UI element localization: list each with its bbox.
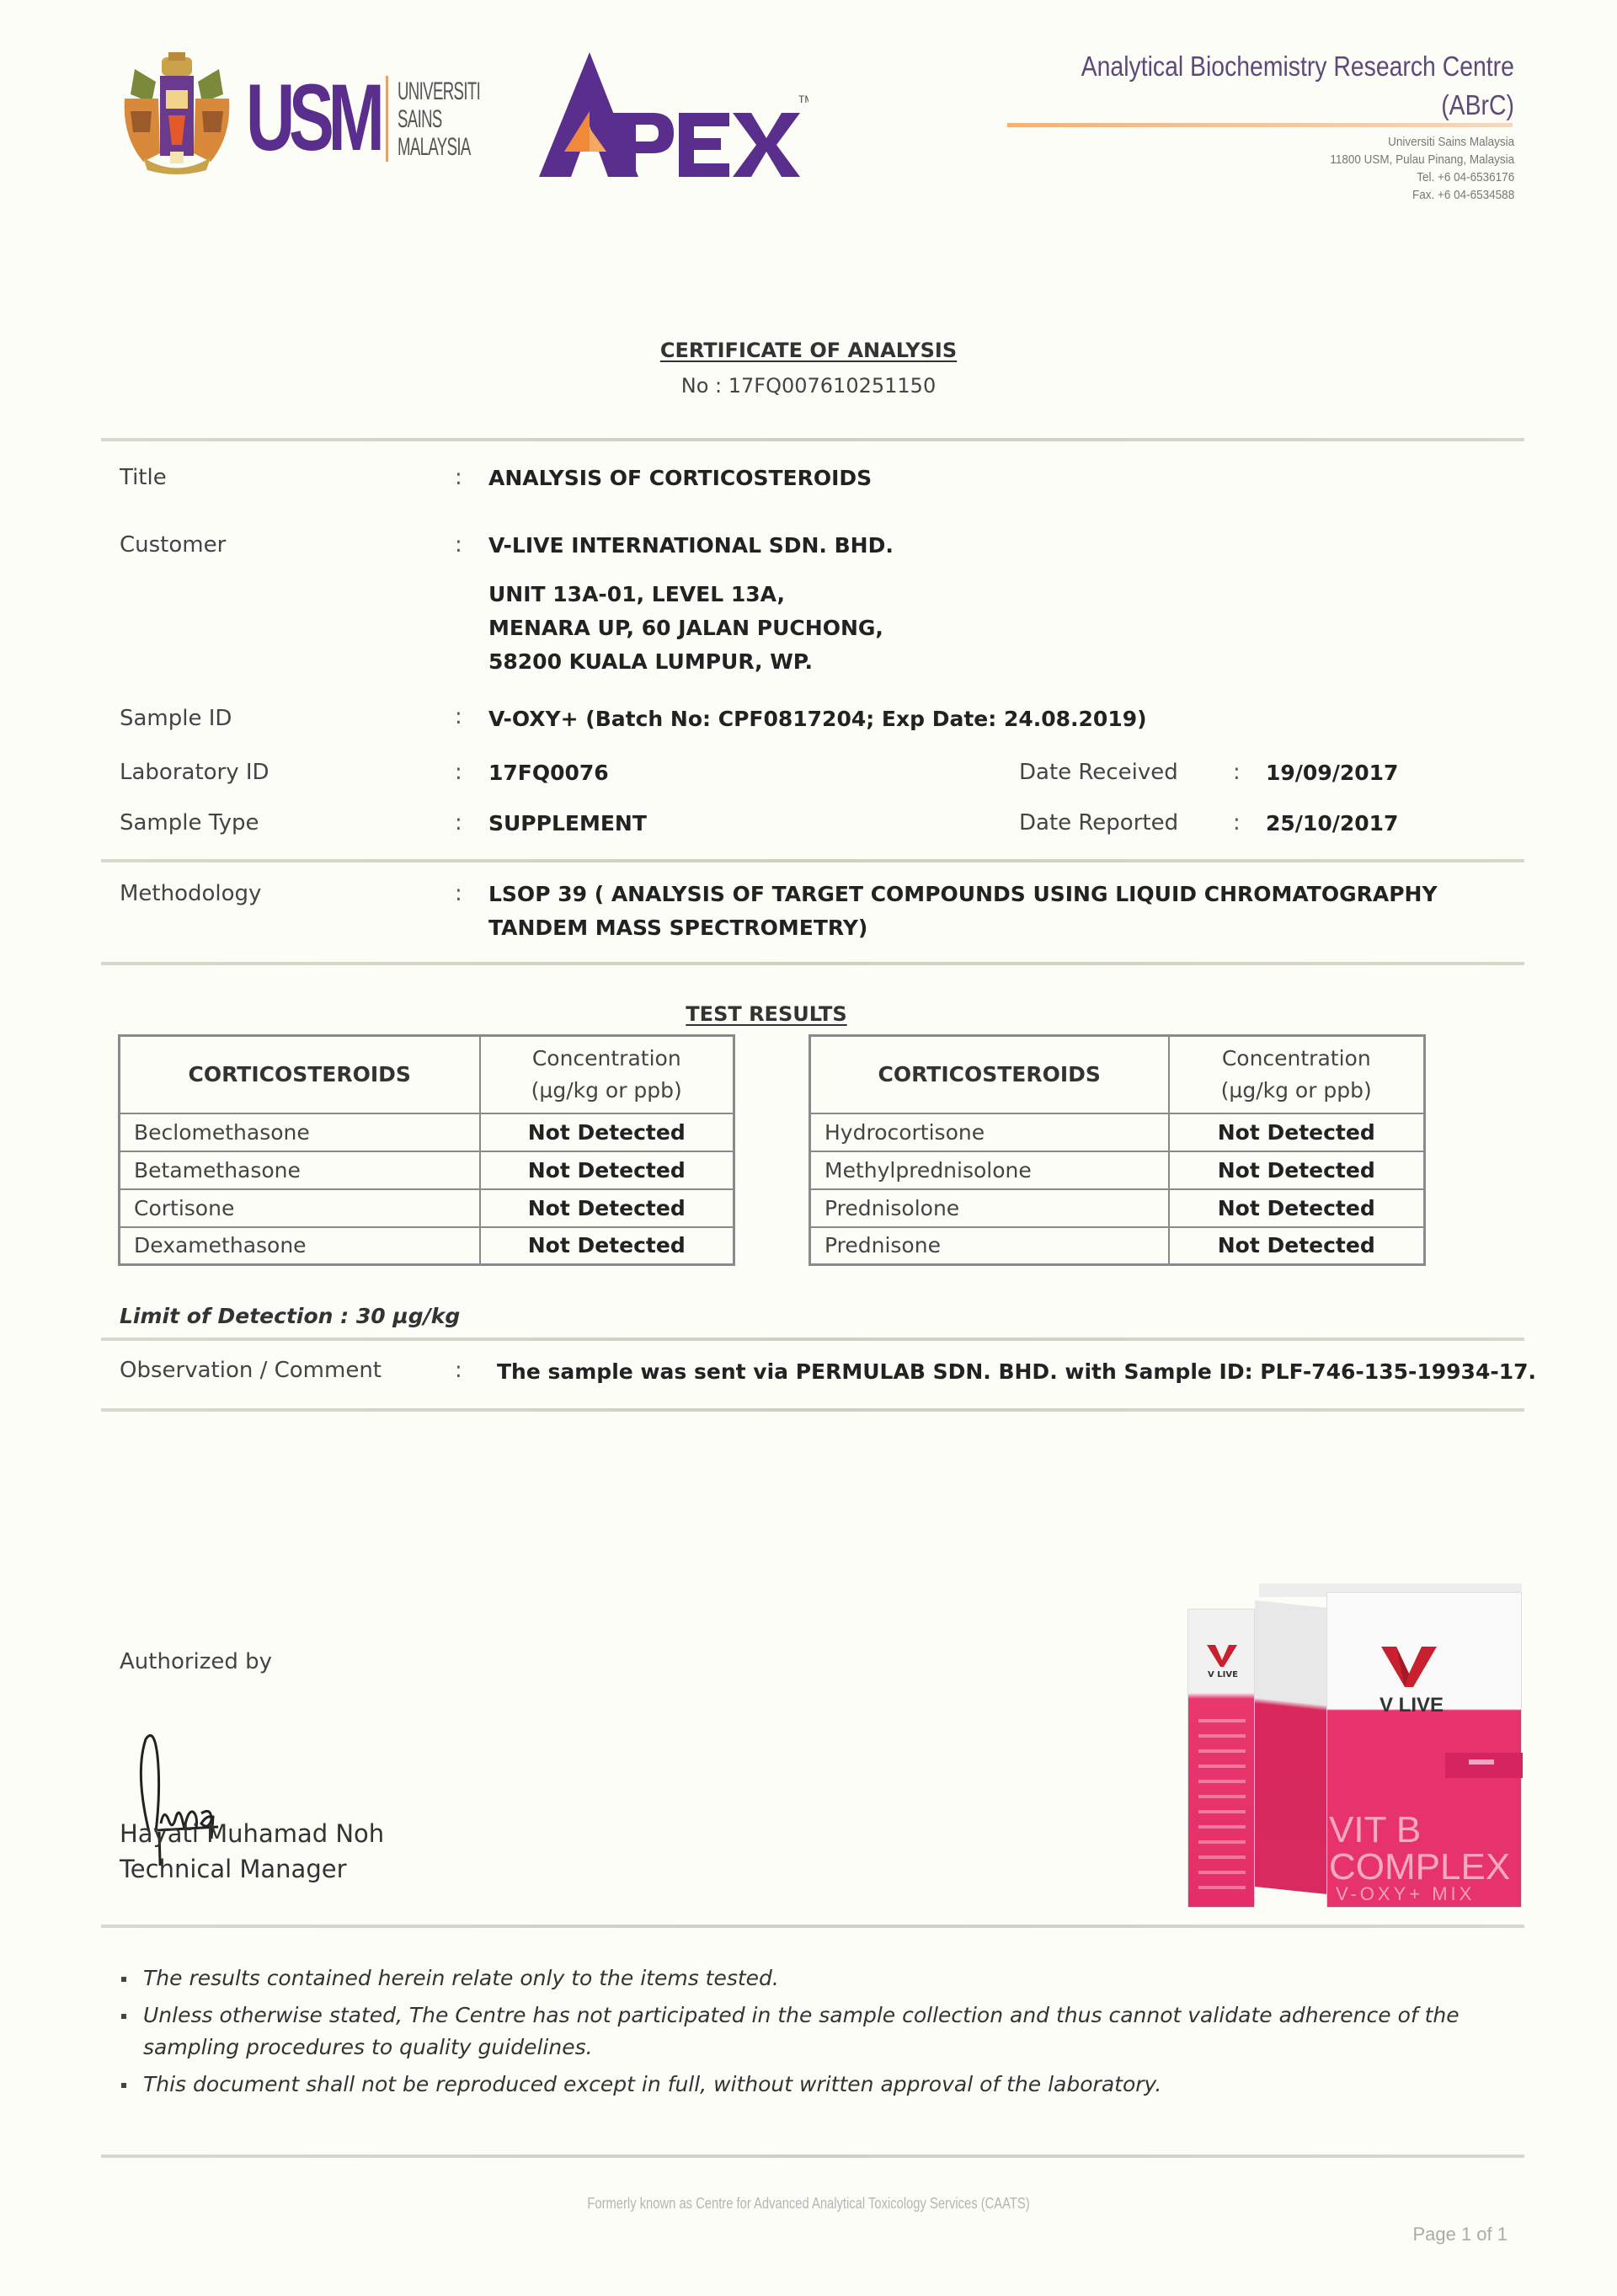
compound-name: Prednisone: [810, 1227, 1169, 1265]
divider: [101, 1408, 1524, 1412]
disclaimer-list: The results contained herein relate only…: [118, 1962, 1533, 2106]
product-box: V LIVE VIT B COMPLEX V-OXY+ MIX: [1326, 1592, 1522, 1908]
table-row: CortisoneNot Detected: [120, 1189, 734, 1227]
divider: [101, 859, 1524, 862]
vlive-logo-icon: [1380, 1643, 1438, 1690]
divider: [101, 962, 1524, 965]
usm-logo: USM: [246, 72, 372, 164]
date-reported-label: Date Reported: [1019, 810, 1178, 836]
customer-label: Customer: [120, 532, 226, 558]
limit-of-detection: Limit of Detection : 30 µg/kg: [120, 1304, 460, 1328]
sample-type-value: SUPPLEMENT: [488, 811, 647, 836]
compound-name: Beclomethasone: [120, 1113, 480, 1151]
concentration-result: Not Detected: [1169, 1227, 1425, 1265]
product-box-side: [1255, 1600, 1326, 1894]
test-results-title: TEST RESULTS: [0, 1002, 1533, 1026]
compound-name: Dexamethasone: [120, 1227, 480, 1265]
table-row: MethylprednisoloneNot Detected: [810, 1151, 1425, 1189]
certificate-number: No : 17FQ007610251150: [0, 374, 1617, 398]
divider: [101, 1338, 1524, 1341]
observation-label: Observation / Comment: [120, 1358, 382, 1383]
column-header-compound: CORTICOSTEROIDS: [120, 1036, 480, 1113]
vlive-logo-icon: [1205, 1643, 1239, 1669]
apex-logo-icon: TM: [531, 52, 808, 177]
compound-name: Methylprednisolone: [810, 1151, 1169, 1189]
results-table-left: CORTICOSTEROIDS Concentration(µg/kg or p…: [118, 1034, 735, 1266]
compound-name: Betamethasone: [120, 1151, 480, 1189]
concentration-result: Not Detected: [1169, 1151, 1425, 1189]
table-row: HydrocortisoneNot Detected: [810, 1113, 1425, 1151]
customer-address: UNIT 13A-01, LEVEL 13A, MENARA UP, 60 JA…: [488, 578, 883, 679]
signatory-role: Technical Manager: [120, 1855, 347, 1883]
certificate-title: CERTIFICATE OF ANALYSIS: [0, 339, 1617, 362]
separator: :: [1233, 760, 1241, 785]
date-received-label: Date Received: [1019, 760, 1178, 785]
methodology-label: Methodology: [120, 881, 261, 906]
table-row: DexamethasoneNot Detected: [120, 1227, 734, 1265]
compound-name: Prednisolone: [810, 1189, 1169, 1227]
sample-type-label: Sample Type: [120, 810, 259, 836]
separator: :: [455, 810, 462, 836]
customer-name: V-LIVE INTERNATIONAL SDN. BHD.: [488, 533, 894, 558]
column-header-compound: CORTICOSTEROIDS: [810, 1036, 1169, 1113]
separator: :: [455, 465, 462, 490]
column-header-concentration: Concentration(µg/kg or ppb): [480, 1036, 734, 1113]
divider: [101, 1925, 1524, 1928]
concentration-result: Not Detected: [480, 1227, 734, 1265]
svg-text:TM: TM: [798, 93, 808, 105]
results-table-right: CORTICOSTEROIDS Concentration(µg/kg or p…: [808, 1034, 1426, 1266]
sample-id-value: V-OXY+ (Batch No: CPF0817204; Exp Date: …: [488, 707, 1147, 731]
separator: :: [455, 532, 462, 558]
compound-name: Hydrocortisone: [810, 1113, 1169, 1151]
concentration-result: Not Detected: [480, 1189, 734, 1227]
authorized-by-label: Authorized by: [120, 1649, 272, 1674]
usm-wordmark: UNIVERSITI SAINS MALAYSIA: [398, 77, 515, 161]
divider: [101, 438, 1524, 441]
concentration-result: Not Detected: [480, 1113, 734, 1151]
separator: :: [455, 704, 462, 729]
table-row: PrednisoloneNot Detected: [810, 1189, 1425, 1227]
disclaimer-item: The results contained herein relate only…: [118, 1962, 1533, 1994]
header-accent-line: [1007, 123, 1513, 127]
table-row: BetamethasoneNot Detected: [120, 1151, 734, 1189]
methodology-value: LSOP 39 ( ANALYSIS OF TARGET COMPOUNDS U…: [488, 878, 1438, 945]
table-row: PrednisoneNot Detected: [810, 1227, 1425, 1265]
page-number: Page 1 of 1: [1412, 2224, 1508, 2245]
compound-name: Cortisone: [120, 1189, 480, 1227]
table-row: BeclomethasoneNot Detected: [120, 1113, 734, 1151]
title-label: Title: [120, 465, 167, 490]
separator: :: [1233, 810, 1241, 836]
product-image: V LIVE V LIVE VIT B COMPLEX V-OXY+ MIX: [1175, 1583, 1522, 1912]
product-sachet: V LIVE: [1187, 1609, 1255, 1908]
separator: :: [455, 760, 462, 785]
centre-address: Universiti Sains Malaysia 11800 USM, Pul…: [1330, 133, 1514, 204]
centre-name: Analytical Biochemistry Research Centre …: [1081, 47, 1514, 125]
footer-formerly-known: Formerly known as Centre for Advanced An…: [146, 2195, 1471, 2213]
column-header-concentration: Concentration(µg/kg or ppb): [1169, 1036, 1425, 1113]
separator: :: [455, 1358, 462, 1383]
disclaimer-item: Unless otherwise stated, The Centre has …: [118, 2000, 1533, 2064]
date-reported-value: 25/10/2017: [1266, 811, 1398, 836]
title-value: ANALYSIS OF CORTICOSTEROIDS: [488, 466, 872, 490]
usm-crest-icon: [118, 52, 236, 174]
disclaimer-item: This document shall not be reproduced ex…: [118, 2069, 1533, 2101]
laboratory-id-label: Laboratory ID: [120, 760, 269, 785]
certificate-page: USM UNIVERSITI SAINS MALAYSIA TM Analyti…: [0, 0, 1617, 2296]
date-received-value: 19/09/2017: [1266, 761, 1398, 785]
separator: :: [455, 881, 462, 906]
observation-value: The sample was sent via PERMULAB SDN. BH…: [497, 1359, 1536, 1384]
logo-divider: [386, 76, 388, 162]
concentration-result: Not Detected: [1169, 1189, 1425, 1227]
signatory-name: Hayati Muhamad Noh: [120, 1819, 384, 1848]
concentration-result: Not Detected: [1169, 1113, 1425, 1151]
product-name: VIT B COMPLEX: [1329, 1812, 1524, 1886]
sample-id-label: Sample ID: [120, 706, 232, 731]
divider: [101, 2155, 1524, 2158]
laboratory-id-value: 17FQ0076: [488, 761, 609, 785]
concentration-result: Not Detected: [480, 1151, 734, 1189]
